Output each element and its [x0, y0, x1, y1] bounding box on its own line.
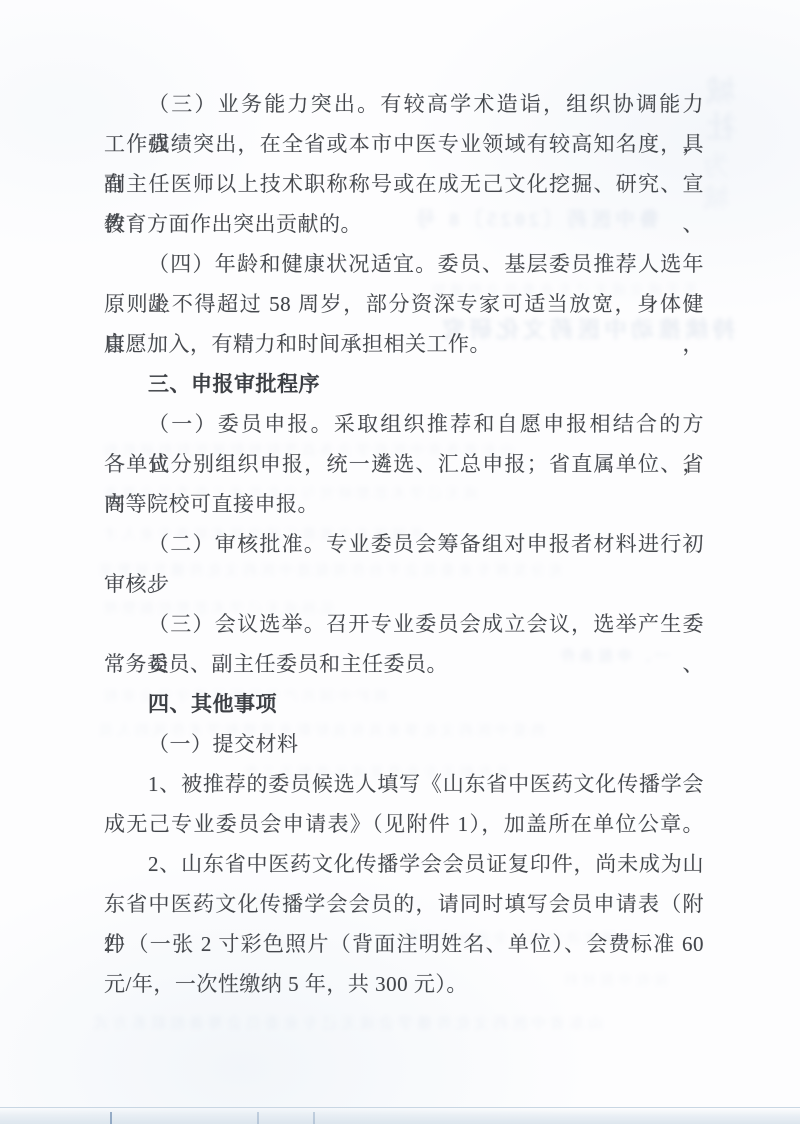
page-edge-tick: [110, 1112, 112, 1124]
page-bottom-edge: [0, 1107, 800, 1124]
document-line: （三）会议选举。召开专业委员会成立会议，选举产生委员、: [104, 604, 704, 644]
document-line: 工作成绩突出，在全省或本市中医专业领域有较高知名度，具有: [104, 124, 704, 164]
document-line: （四）年龄和健康状况适宜。委员、基层委员推荐人选年龄: [104, 244, 704, 284]
document-line: 审核。: [104, 564, 704, 604]
document-line: 原则上不得超过 58 周岁，部分资深专家可适当放宽，身体健康，: [104, 284, 704, 324]
document-line: 2、山东省中医药文化传播学会会员证复印件，尚未成为山: [104, 844, 704, 884]
document-line: 2）（一张 2 寸彩色照片（背面注明姓名、单位）、会费标准 60: [104, 924, 704, 964]
document-line: 高等院校可直接申报。: [104, 484, 704, 524]
document-line: 元/年，一次性缴纳 5 年，共 300 元）。: [104, 964, 704, 1004]
document-line: 东省中医药文化传播学会会员的，请同时填写会员申请表（附件: [104, 884, 704, 924]
document-line: （一）提交材料: [104, 724, 704, 764]
document-line: （一）委员申报。采取组织推荐和自愿申报相结合的方式，: [104, 404, 704, 444]
document-page: 城社为城鲁中医药〔2025〕8 号关于成立成无己专业委员会的通知持续推动中医药文…: [0, 0, 800, 1124]
section-heading: 四、其他事项: [104, 684, 704, 724]
bleed-through-text: 山东省中医药文化传播学会成无己专业委员会筹备组联系方式: [90, 1012, 603, 1033]
page-edge-tick: [313, 1112, 315, 1124]
document-line: 1、被推荐的委员候选人填写《山东省中医药文化传播学会: [104, 764, 704, 804]
document-line: 各单位分别组织申报，统一遴选、汇总申报；省直属单位、省内: [104, 444, 704, 484]
bleed-through-text: 为城: [700, 152, 737, 216]
section-heading: 三、申报审批程序: [104, 364, 704, 404]
page-edge-tick: [257, 1112, 259, 1124]
document-line: （三）业务能力突出。有较高学术造诣，组织协调能力强，: [104, 84, 704, 124]
document-line: （二）审核批准。专业委员会筹备组对申报者材料进行初步: [104, 524, 704, 564]
document-line: 副主任医师以上技术职称称号或在成无己文化挖掘、研究、宣传、: [104, 164, 704, 204]
bleed-through-text: 城社: [703, 75, 747, 147]
document-body: （三）业务能力突出。有较高学术造诣，组织协调能力强，工作成绩突出，在全省或本市中…: [104, 84, 704, 1004]
document-line: 成无己专业委员会申请表》（见附件 1），加盖所在单位公章。: [104, 804, 704, 844]
